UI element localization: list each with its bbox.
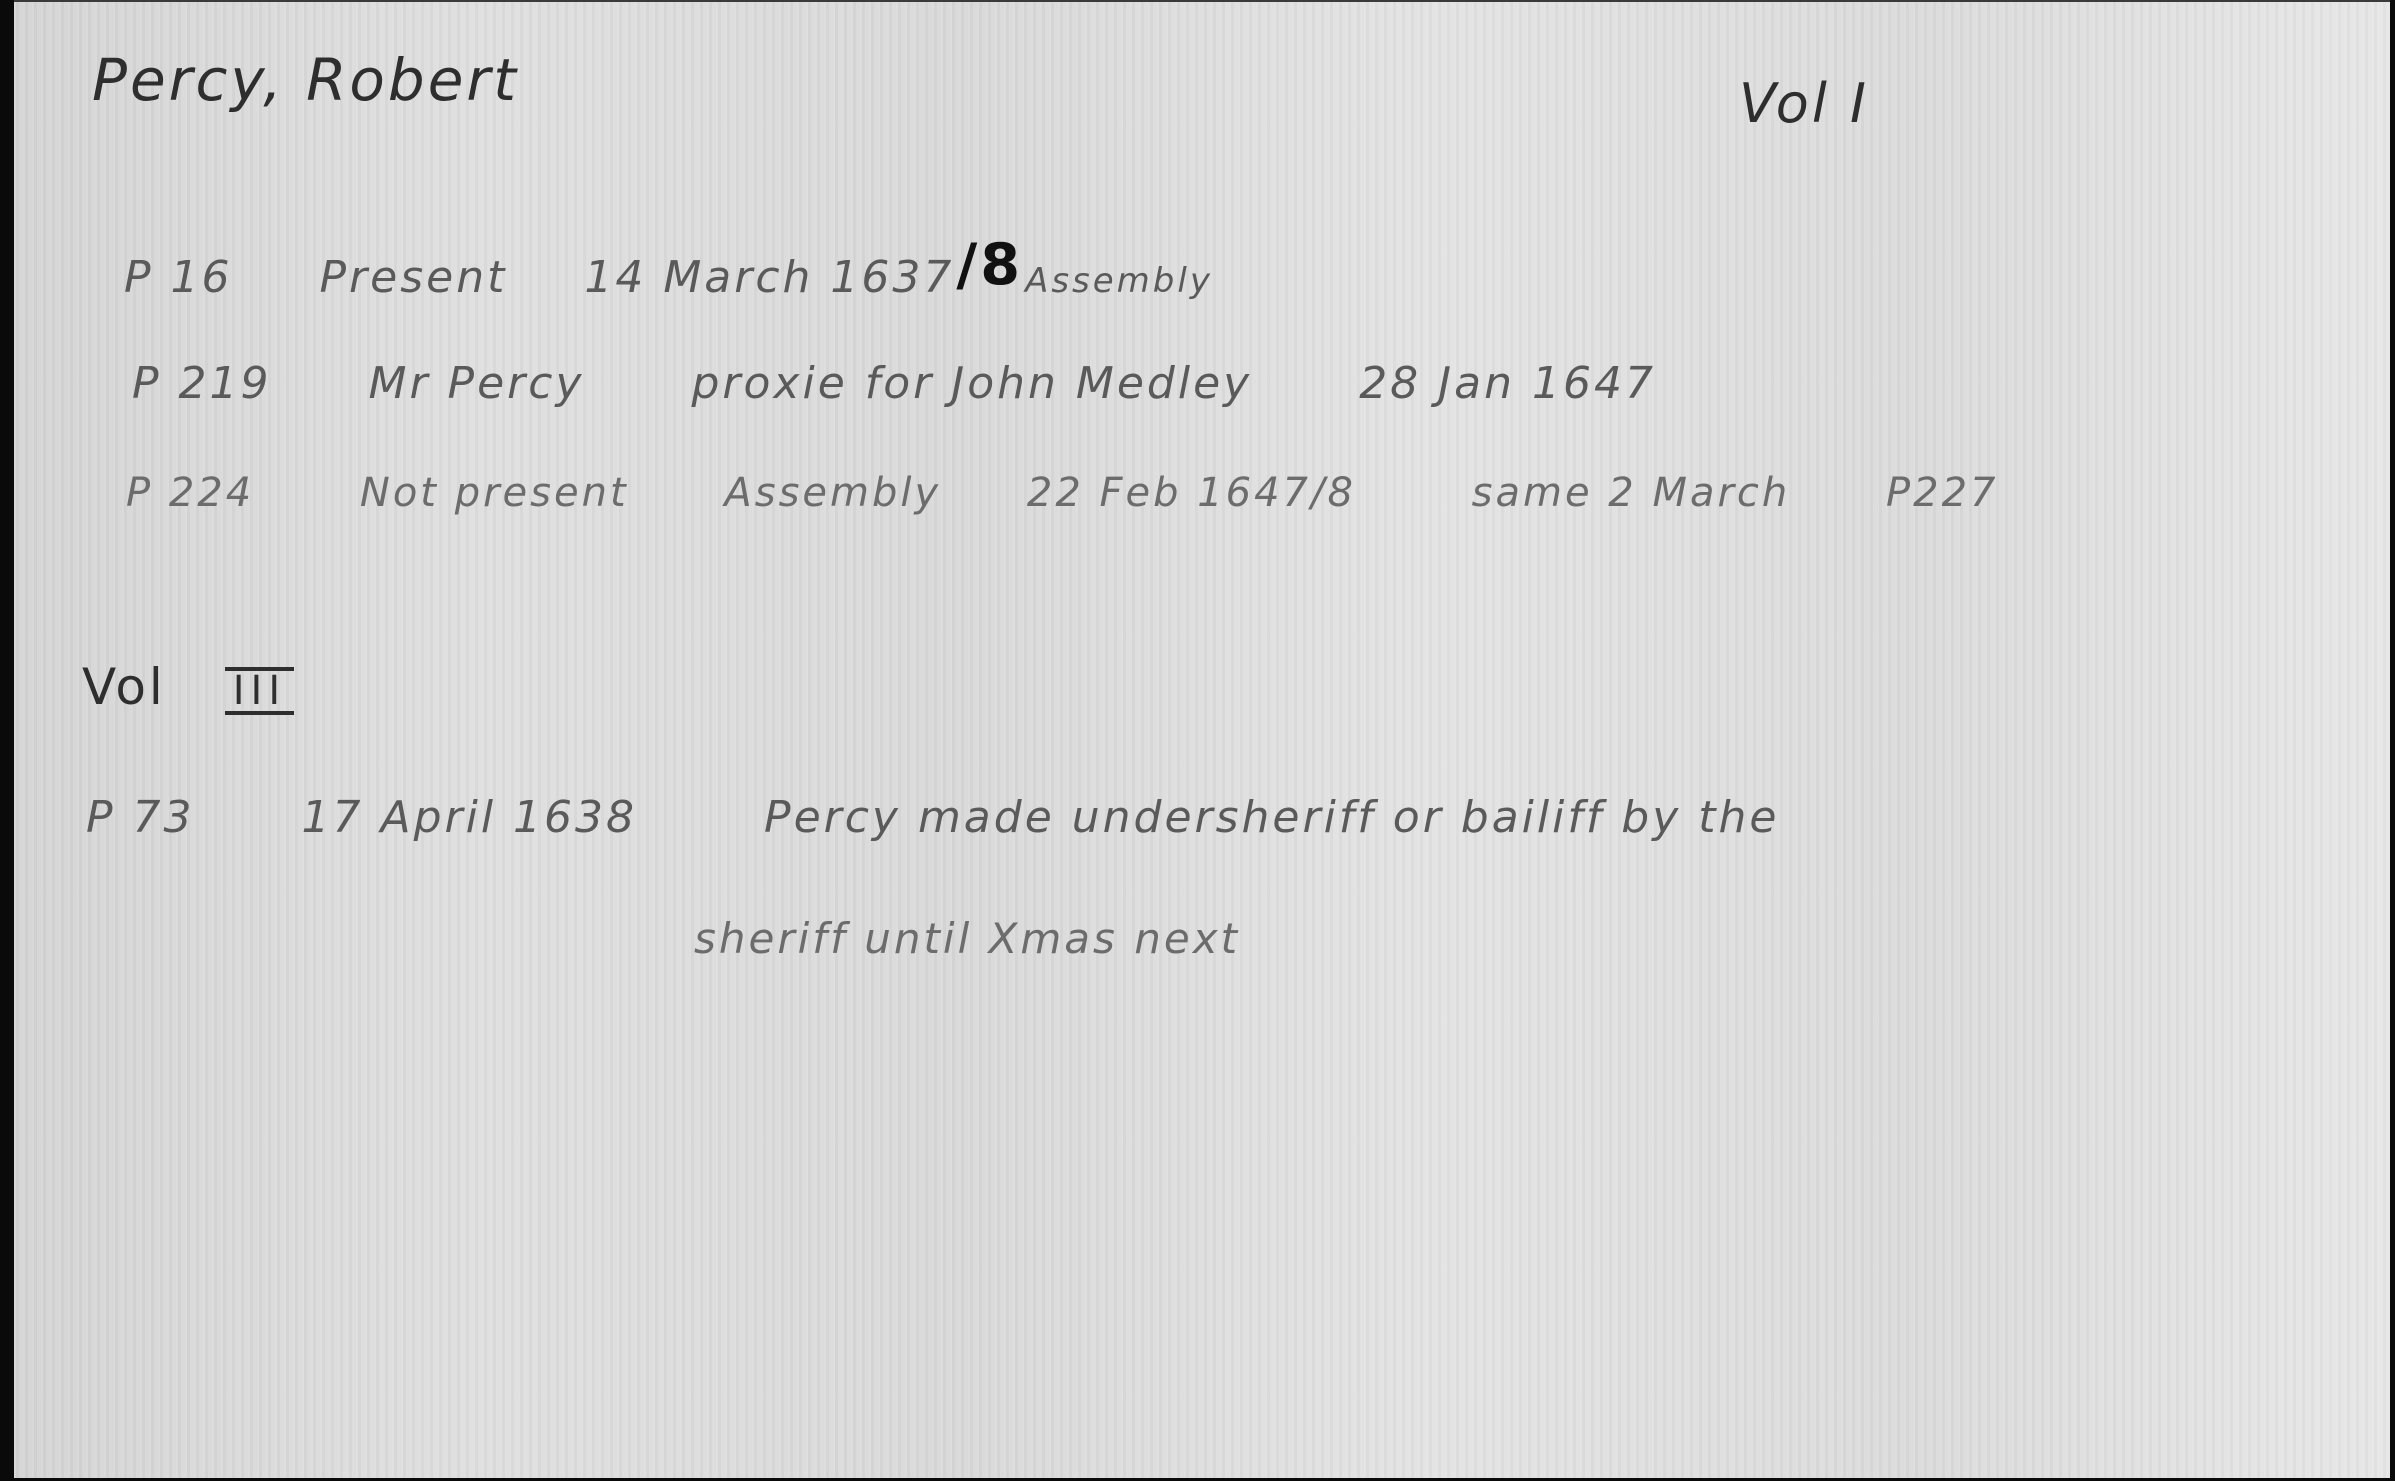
vol3-heading: Vol III	[82, 658, 294, 716]
entry-date: 17 April 1638	[302, 792, 638, 843]
entry-date: 14 March 1637	[584, 252, 954, 303]
date-overwrite: /8	[956, 232, 1023, 298]
entry-date: 28 Jan 1647	[1359, 358, 1656, 409]
volume-heading: Vol I	[1739, 72, 1869, 135]
entry-note: proxie for John Medley	[691, 358, 1252, 409]
entry-page: P 224	[126, 470, 254, 516]
entry-note: Assembly	[1025, 261, 1213, 301]
entry-p16: P 16 Present 14 March 1637/8Assembly	[124, 240, 1213, 306]
vol3-label: Vol	[82, 658, 166, 716]
vol3-numeral: III	[225, 667, 294, 715]
entry-text: Present	[320, 252, 508, 303]
entry-extra-page: P227	[1886, 470, 1998, 516]
entry-text: Mr Percy	[369, 358, 585, 409]
entry-note: Assembly	[724, 470, 941, 516]
entry-extra: same 2 March	[1472, 470, 1791, 516]
index-card: Percy, Robert Vol I P 16 Present 14 Marc…	[14, 0, 2390, 1478]
entry-text-line1: Percy made undersheriff or bailiff by th…	[764, 792, 1779, 843]
entry-page: P 16	[124, 252, 233, 303]
entry-p73-continuation: sheriff until Xmas next	[694, 914, 1240, 963]
entry-page: P 73	[86, 792, 195, 843]
entry-p219: P 219 Mr Percy proxie for John Medley 28…	[132, 358, 1656, 409]
entry-page: P 219	[132, 358, 272, 409]
card-name-heading: Percy, Robert	[92, 46, 519, 114]
entry-date: 22 Feb 1647/8	[1027, 470, 1356, 516]
entry-p224: P 224 Not present Assembly 22 Feb 1647/8…	[126, 470, 1998, 516]
entry-p73: P 73 17 April 1638 Percy made undersheri…	[86, 792, 1779, 843]
entry-text: Not present	[360, 470, 629, 516]
